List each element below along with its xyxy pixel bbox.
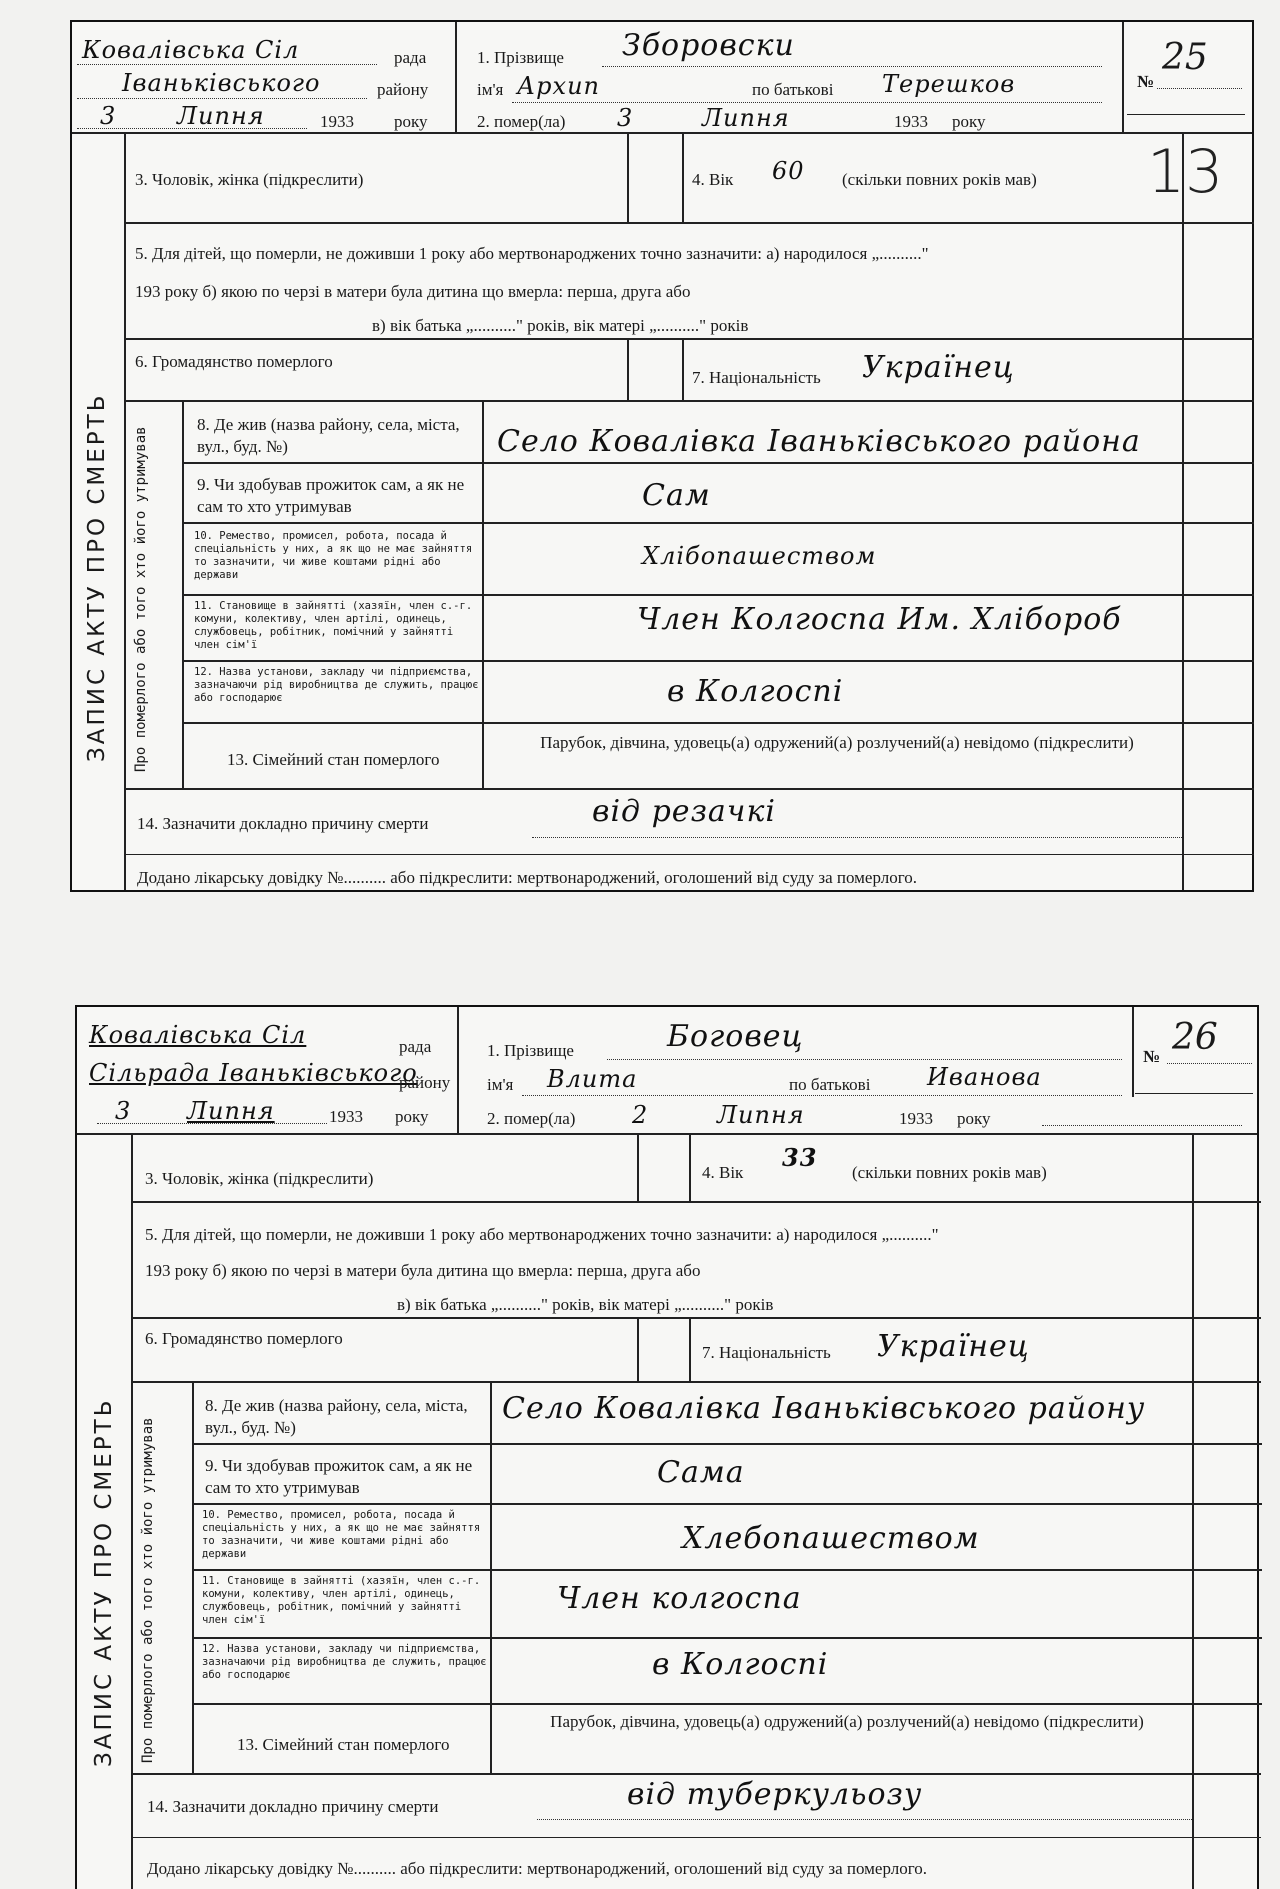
position-value: Член Колгоспа Им. Хлібороб bbox=[637, 602, 1122, 637]
council-label: рада bbox=[394, 48, 426, 68]
child-info-line3: в) вік батька „.........." років, вік ма… bbox=[397, 1295, 773, 1315]
side-group-label: Про померлого або того хто його утримува… bbox=[139, 1417, 157, 1763]
side-title-divider bbox=[124, 132, 126, 890]
occupation-label: 10. Ремество, промисел, робота, посада й… bbox=[194, 530, 479, 582]
died-day: 3 bbox=[617, 104, 633, 132]
age-label: 4. Вік bbox=[692, 170, 733, 190]
age-suffix: (скільки повних років мав) bbox=[852, 1163, 1047, 1183]
died-year: 1933 bbox=[894, 112, 928, 132]
registration-day: 3 bbox=[100, 102, 116, 130]
residence-label: 8. Де жив (назва району, села, міста, ву… bbox=[205, 1395, 485, 1439]
livelihood-value: Сам bbox=[642, 478, 711, 513]
record-number: 26 bbox=[1172, 1017, 1218, 1058]
side-title-divider bbox=[131, 1133, 133, 1889]
marital-label: 13. Сімейний стан померлого bbox=[237, 1735, 449, 1755]
cause-value: від туберкульозу bbox=[627, 1777, 922, 1812]
occupation-label: 10. Ремество, промисел, робота, посада й… bbox=[202, 1509, 487, 1561]
header-bottom-rule bbox=[72, 132, 1252, 134]
citizenship-label: 6. Громадянство померлого bbox=[135, 352, 335, 372]
header-divider bbox=[455, 22, 457, 132]
occupation-value: Хлібопашеством bbox=[642, 542, 876, 570]
died-month: Липня bbox=[717, 1101, 805, 1129]
nationality-value: Українец bbox=[877, 1329, 1030, 1364]
age-value: 60 bbox=[772, 157, 805, 185]
sex-label: 3. Чоловік, жінка (підкреслити) bbox=[135, 170, 363, 190]
surname-label: 1. Прізвище bbox=[487, 1041, 574, 1061]
employer-value: в Колгоспі bbox=[652, 1647, 828, 1682]
patronymic-value: Иванова bbox=[927, 1063, 1042, 1091]
name-label: ім'я bbox=[487, 1075, 513, 1095]
died-year-label: року bbox=[957, 1109, 991, 1129]
child-info-line2: 193 року б) якою по черзі в матери була … bbox=[145, 1261, 700, 1281]
council-value: Ковалівська Сіл bbox=[89, 1021, 306, 1049]
sex-label: 3. Чоловік, жінка (підкреслити) bbox=[145, 1169, 373, 1189]
registration-year-label: року bbox=[395, 1107, 429, 1127]
marital-options: Парубок, дівчина, удовець(а) одружений(а… bbox=[502, 1711, 1192, 1733]
cause-label: 14. Зазначити докладно причину смерти bbox=[137, 814, 428, 834]
name-label: ім'я bbox=[477, 80, 503, 100]
patronymic-value: Терешков bbox=[882, 70, 1015, 98]
patronymic-label: по батькові bbox=[752, 80, 833, 100]
district-value: Сільрада Іваньківського bbox=[89, 1059, 418, 1087]
nationality-value: Українец bbox=[862, 350, 1015, 385]
died-day: 2 bbox=[632, 1101, 648, 1129]
employer-value: в Колгоспі bbox=[667, 674, 843, 709]
footer-note: Додано лікарську довідку №.......... або… bbox=[137, 868, 917, 888]
position-label: 11. Становище в зайнятті (хазяїн, член с… bbox=[194, 600, 479, 652]
given-name-value: Влита bbox=[547, 1065, 637, 1093]
citizenship-label: 6. Громадянство померлого bbox=[145, 1329, 345, 1349]
right-margin-divider bbox=[1182, 132, 1184, 890]
number-box-divider bbox=[1132, 1007, 1134, 1097]
residence-label: 8. Де жив (назва району, села, міста, ву… bbox=[197, 414, 477, 458]
district-label: району bbox=[377, 80, 428, 100]
right-margin-divider bbox=[1192, 1133, 1194, 1889]
death-record-form-26: Ковалівська Сіл рада Сільрада Іваньківсь… bbox=[75, 1005, 1259, 1889]
occupation-value: Хлебопашеством bbox=[682, 1521, 980, 1556]
marital-label: 13. Сімейний стан померлого bbox=[227, 750, 439, 770]
council-value: Ковалівська Сіл bbox=[82, 36, 299, 64]
surname-label: 1. Прізвище bbox=[477, 48, 564, 68]
cause-value: від резачкі bbox=[592, 794, 776, 829]
registration-month: Липня bbox=[177, 102, 265, 130]
position-value: Член колгоспа bbox=[557, 1581, 802, 1616]
side-group-label: Про померлого або того хто його утримува… bbox=[132, 426, 150, 772]
side-title: ЗАПИС АКТУ ПРО СМЕРТЬ bbox=[91, 1397, 117, 1767]
employer-label: 12. Назва установи, закладу чи підприємс… bbox=[194, 666, 479, 705]
child-info-line1: 5. Для дітей, що померли, не доживши 1 р… bbox=[145, 1225, 939, 1245]
age-value: 33 bbox=[782, 1143, 817, 1172]
side-title: ЗАПИС АКТУ ПРО СМЕРТЬ bbox=[84, 392, 110, 762]
position-label: 11. Становище в зайнятті (хазяїн, член с… bbox=[202, 1575, 487, 1627]
livelihood-value: Сама bbox=[657, 1455, 745, 1490]
age-label: 4. Вік bbox=[702, 1163, 743, 1183]
district-value: Іваньківського bbox=[122, 69, 320, 97]
died-label: 2. помер(ла) bbox=[477, 112, 565, 132]
death-record-form-25: Ковалівська Сіл рада Іваньківського райо… bbox=[70, 20, 1254, 892]
registration-year-label: року bbox=[394, 112, 428, 132]
district-label: району bbox=[399, 1073, 450, 1093]
header-bottom-rule bbox=[77, 1133, 1257, 1135]
livelihood-label: 9. Чи здобував прожиток сам, а як не сам… bbox=[205, 1455, 485, 1499]
record-number-label: № bbox=[1137, 72, 1154, 92]
registration-year: 1933 bbox=[320, 112, 354, 132]
header-divider bbox=[457, 1007, 459, 1133]
died-year-label: року bbox=[952, 112, 986, 132]
margin-mark: 13 bbox=[1147, 137, 1223, 207]
record-number-label: № bbox=[1143, 1047, 1160, 1067]
child-info-line3: в) вік батька „.........." років, вік ма… bbox=[372, 316, 748, 336]
footer-note: Додано лікарську довідку №.......... або… bbox=[147, 1859, 927, 1879]
livelihood-label: 9. Чи здобував прожиток сам, а як не сам… bbox=[197, 474, 477, 518]
registration-year: 1933 bbox=[329, 1107, 363, 1127]
age-suffix: (скільки повних років мав) bbox=[842, 170, 1037, 190]
died-label: 2. помер(ла) bbox=[487, 1109, 575, 1129]
residence-value: Село Ковалівка Іваньківського района bbox=[497, 424, 1141, 459]
employer-label: 12. Назва установи, закладу чи підприємс… bbox=[202, 1643, 487, 1682]
registration-day: 3 bbox=[115, 1097, 131, 1125]
given-name-value: Архип bbox=[517, 72, 600, 100]
registration-month: Липня bbox=[187, 1097, 275, 1125]
died-year: 1933 bbox=[899, 1109, 933, 1129]
record-number: 25 bbox=[1162, 37, 1208, 78]
cause-label: 14. Зазначити докладно причину смерти bbox=[147, 1797, 438, 1817]
patronymic-label: по батькові bbox=[789, 1075, 870, 1095]
number-box-divider bbox=[1122, 22, 1124, 132]
nationality-label: 7. Національність bbox=[692, 368, 821, 388]
surname-value: Зборовски bbox=[622, 28, 795, 63]
died-month: Липня bbox=[702, 104, 790, 132]
council-label: рада bbox=[399, 1037, 431, 1057]
nationality-label: 7. Національність bbox=[702, 1343, 831, 1363]
child-info-line1: 5. Для дітей, що померли, не доживши 1 р… bbox=[135, 244, 929, 264]
child-info-line2: 193 року б) якою по черзі в матери була … bbox=[135, 282, 690, 302]
residence-value: Село Ковалівка Іваньківського району bbox=[502, 1391, 1145, 1426]
marital-options: Парубок, дівчина, удовець(а) одружений(а… bbox=[492, 732, 1182, 754]
surname-value: Боговец bbox=[667, 1019, 803, 1054]
